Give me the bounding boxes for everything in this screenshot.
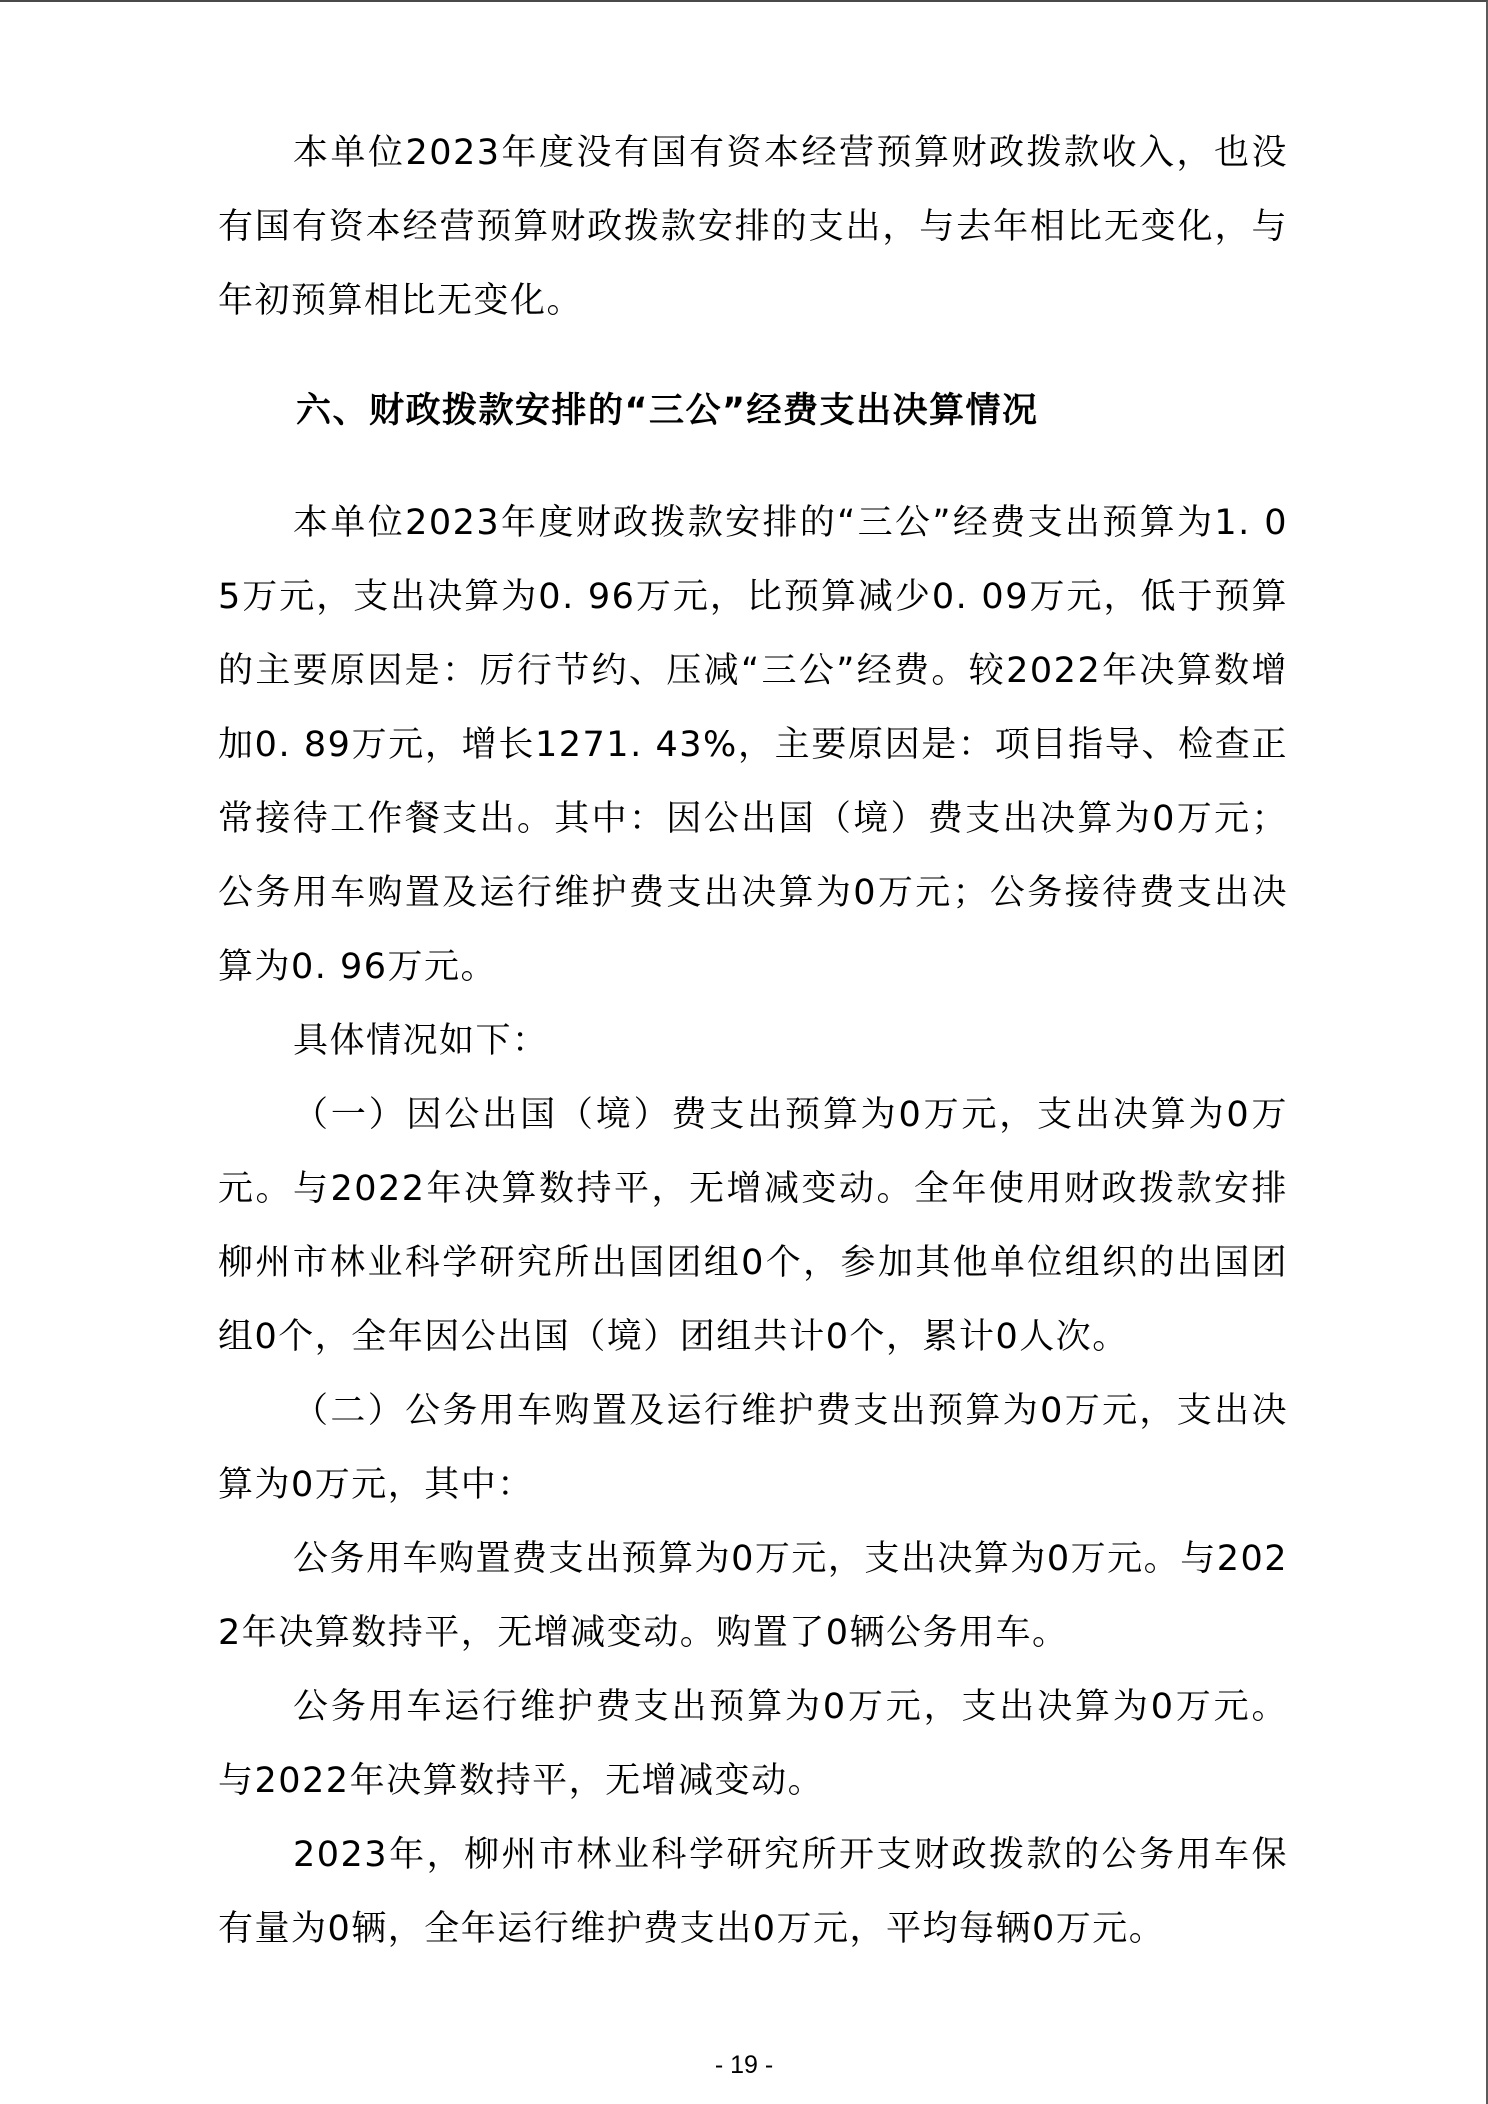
page-content: 本单位2023年度没有国有资本经营预算财政拨款收入，也没有国有资本经营预算财政拨… [218,116,1288,1966]
paragraph-details-intro: 具体情况如下： [218,1004,1288,1078]
page-number: - 19 - [0,2048,1488,2082]
section-heading-three-public-expenses: 六、财政拨款安排的“三公”经费支出决算情况 [218,374,1288,448]
paragraph-vehicle-maintenance: 公务用车运行维护费支出预算为0万元，支出决算为0万元。与2022年决算数持平，无… [218,1670,1288,1818]
paragraph-overseas-travel: （一）因公出国（境）费支出预算为0万元，支出决算为0万元。与2022年决算数持平… [218,1078,1288,1374]
paragraph-state-capital-budget: 本单位2023年度没有国有资本经营预算财政拨款收入，也没有国有资本经营预算财政拨… [218,116,1288,338]
paragraph-vehicle-holdings: 2023年，柳州市林业科学研究所开支财政拨款的公务用车保有量为0辆，全年运行维护… [218,1818,1288,1966]
paragraph-vehicle-purchase: 公务用车购置费支出预算为0万元，支出决算为0万元。与2022年决算数持平，无增减… [218,1522,1288,1670]
spacer [218,338,1288,374]
paragraph-vehicle-expenses: （二）公务用车购置及运行维护费支出预算为0万元，支出决算为0万元，其中： [218,1374,1288,1522]
paragraph-three-public-summary: 本单位2023年度财政拨款安排的“三公”经费支出预算为1. 05万元，支出决算为… [218,486,1288,1004]
spacer [218,448,1288,486]
document-page: 本单位2023年度没有国有资本经营预算财政拨款收入，也没有国有资本经营预算财政拨… [0,0,1488,2104]
